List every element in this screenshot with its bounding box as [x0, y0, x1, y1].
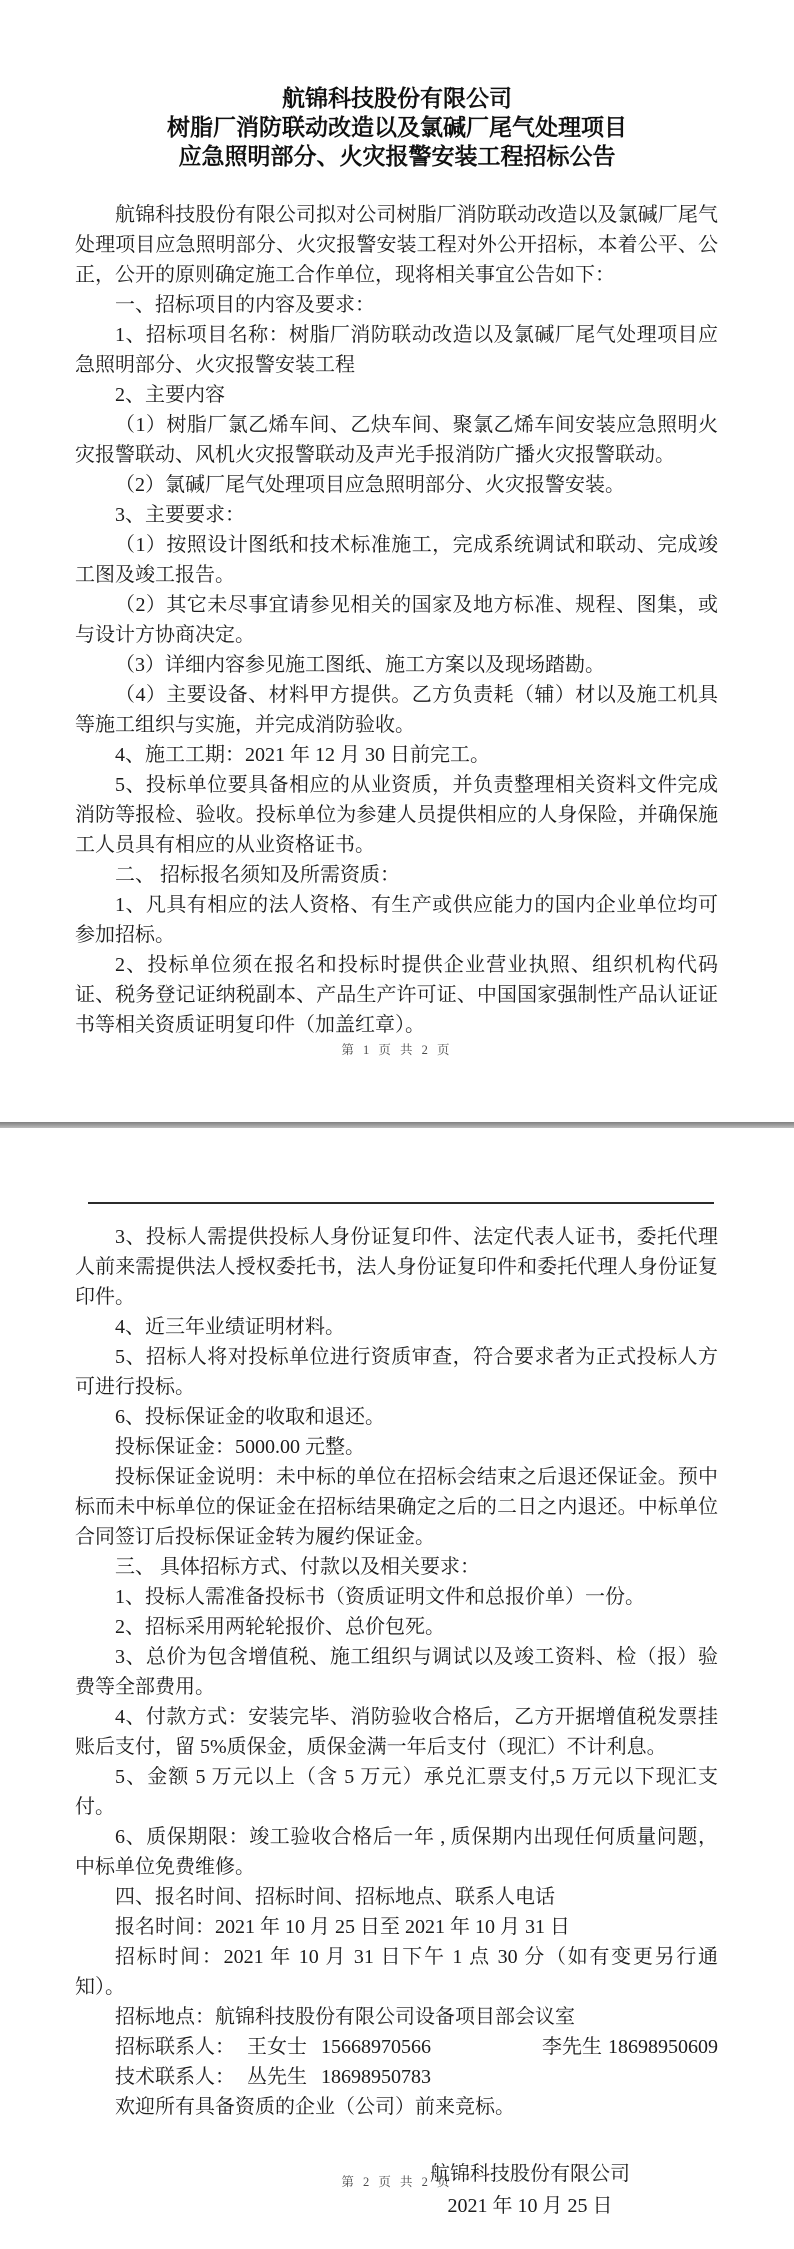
paragraph: （1）按照设计图纸和技术标准施工，完成系统调试和联动、完成竣工图及竣工报告。 — [75, 530, 718, 590]
section-heading: 二、 招标报名须知及所需资质： — [75, 860, 718, 890]
paragraph: 1、凡具有相应的法人资格、有生产或供应能力的国内企业单位均可参加招标。 — [75, 890, 718, 950]
signature-block: 航锦科技股份有限公司 2021 年 10 月 25 日 — [400, 2158, 660, 2222]
page-2-header-rule — [88, 1202, 714, 1204]
paragraph: 4、付款方式：安装完毕、消防验收合格后，乙方开据增值税发票挂账后支付，留 5%质… — [75, 1702, 718, 1762]
bid-contact-label: 招标联系人： — [115, 2036, 235, 2058]
bid-contact-name-1: 王女士 — [247, 2036, 307, 2058]
page-number-footer: 第 2 页 共 2 页 — [0, 2172, 794, 2190]
bidding-time-line: 招标时间：2021 年 10 月 31 日下午 1 点 30 分（如有变更另行通… — [75, 1942, 718, 2002]
paragraph: 5、金额 5 万元以上（含 5 万元）承兑汇票支付,5 万元以下现汇支付。 — [75, 1762, 718, 1822]
paragraph: （3）详细内容参见施工图纸、施工方案以及现场踏勘。 — [75, 650, 718, 680]
paragraph: 4、近三年业绩证明材料。 — [75, 1312, 718, 1342]
title-line-2: 树脂厂消防联动改造以及氯碱厂尾气处理项目 — [0, 113, 794, 142]
paragraph: 3、总价为包含增值税、施工组织与调试以及竣工资料、检（报）验费等全部费用。 — [75, 1642, 718, 1702]
paragraph: 2、招标采用两轮轮报价、总价包死。 — [75, 1612, 718, 1642]
paragraph: 2、主要内容 — [75, 380, 718, 410]
page-number-footer: 第 1 页 共 2 页 — [0, 1040, 794, 1058]
paragraph: 1、招标项目名称：树脂厂消防联动改造以及氯碱厂尾气处理项目应急照明部分、火灾报警… — [75, 320, 718, 380]
paragraph: 4、施工工期：2021 年 12 月 30 日前完工。 — [75, 740, 718, 770]
paragraph: （1）树脂厂氯乙烯车间、乙炔车间、聚氯乙烯车间安装应急照明火灾报警联动、风机火灾… — [75, 410, 718, 470]
bid-contact-phone-2: 18698950609 — [608, 2036, 718, 2058]
section-heading: 一、招标项目的内容及要求： — [75, 290, 718, 320]
bidding-location-line: 招标地点：航锦科技股份有限公司设备项目部会议室 — [75, 2002, 718, 2032]
paragraph: 航锦科技股份有限公司拟对公司树脂厂消防联动改造以及氯碱厂尾气处理项目应急照明部分… — [75, 200, 718, 290]
paragraph: （4）主要设备、材料甲方提供。乙方负责耗（辅）材以及施工机具等施工组织与实施，并… — [75, 680, 718, 740]
paragraph: （2）氯碱厂尾气处理项目应急照明部分、火灾报警安装。 — [75, 470, 718, 500]
registration-time-line: 报名时间：2021 年 10 月 25 日至 2021 年 10 月 31 日 — [75, 1912, 718, 1942]
section-heading: 三、 具体招标方式、付款以及相关要求： — [75, 1552, 718, 1582]
paragraph: 投标保证金说明：未中标的单位在招标会结束之后退还保证金。预中标而未中标单位的保证… — [75, 1462, 718, 1552]
tech-contact-line: 技术联系人：丛先生18698950783 — [75, 2062, 718, 2092]
tech-contact-phone: 18698950783 — [321, 2066, 431, 2088]
paragraph: 投标保证金：5000.00 元整。 — [75, 1432, 718, 1462]
paragraph: 5、投标单位要具备相应的从业资质，并负责整理相关资料文件完成消防等报检、验收。投… — [75, 770, 718, 860]
tech-contact-label: 技术联系人： — [115, 2066, 235, 2088]
page-1: 航锦科技股份有限公司 树脂厂消防联动改造以及氯碱厂尾气处理项目 应急照明部分、火… — [0, 0, 794, 1122]
paragraph: 3、主要要求： — [75, 500, 718, 530]
paragraph: 6、投标保证金的收取和退还。 — [75, 1402, 718, 1432]
bid-contact-phone-1: 15668970566 — [321, 2036, 431, 2058]
paragraph: 1、投标人需准备投标书（资质证明文件和总报价单）一份。 — [75, 1582, 718, 1612]
paragraph: 5、招标人将对投标单位进行资质审查，符合要求者为正式投标人方可进行投标。 — [75, 1342, 718, 1402]
signature-date: 2021 年 10 月 25 日 — [400, 2190, 660, 2222]
paragraph: 2、投标单位须在报名和投标时提供企业营业执照、组织机构代码证、税务登记证纳税副本… — [75, 950, 718, 1040]
section-heading: 四、报名时间、招标时间、招标地点、联系人电话 — [75, 1882, 718, 1912]
page-2-body: 3、投标人需提供投标人身份证复印件、法定代表人证书，委托代理人前来需提供法人授权… — [75, 1128, 718, 2122]
page-2: 3、投标人需提供投标人身份证复印件、法定代表人证书，委托代理人前来需提供法人授权… — [0, 1128, 794, 2249]
title-line-1: 航锦科技股份有限公司 — [0, 84, 794, 113]
welcome-line: 欢迎所有具备资质的企业（公司）前来竞标。 — [75, 2092, 718, 2122]
paragraph: （2）其它未尽事宜请参见相关的国家及地方标准、规程、图集，或与设计方协商决定。 — [75, 590, 718, 650]
bid-contact-right: 李先生18698950609 — [542, 2032, 718, 2062]
bid-contact-name-2: 李先生 — [542, 2036, 602, 2058]
page-1-body: 航锦科技股份有限公司拟对公司树脂厂消防联动改造以及氯碱厂尾气处理项目应急照明部分… — [75, 200, 718, 1040]
bid-contact-line: 招标联系人：王女士15668970566 李先生18698950609 — [75, 2032, 718, 2062]
paragraph: 6、质保期限：竣工验收合格后一年 , 质保期内出现任何质量问题，中标单位免费维修… — [75, 1822, 718, 1882]
tech-contact-name: 丛先生 — [247, 2066, 307, 2088]
document-title: 航锦科技股份有限公司 树脂厂消防联动改造以及氯碱厂尾气处理项目 应急照明部分、火… — [0, 0, 794, 171]
title-line-3: 应急照明部分、火灾报警安装工程招标公告 — [0, 142, 794, 171]
bid-contact-left: 招标联系人：王女士15668970566 — [75, 2032, 431, 2062]
paragraph: 3、投标人需提供投标人身份证复印件、法定代表人证书，委托代理人前来需提供法人授权… — [75, 1222, 718, 1312]
tech-contact-left: 技术联系人：丛先生18698950783 — [75, 2062, 431, 2092]
